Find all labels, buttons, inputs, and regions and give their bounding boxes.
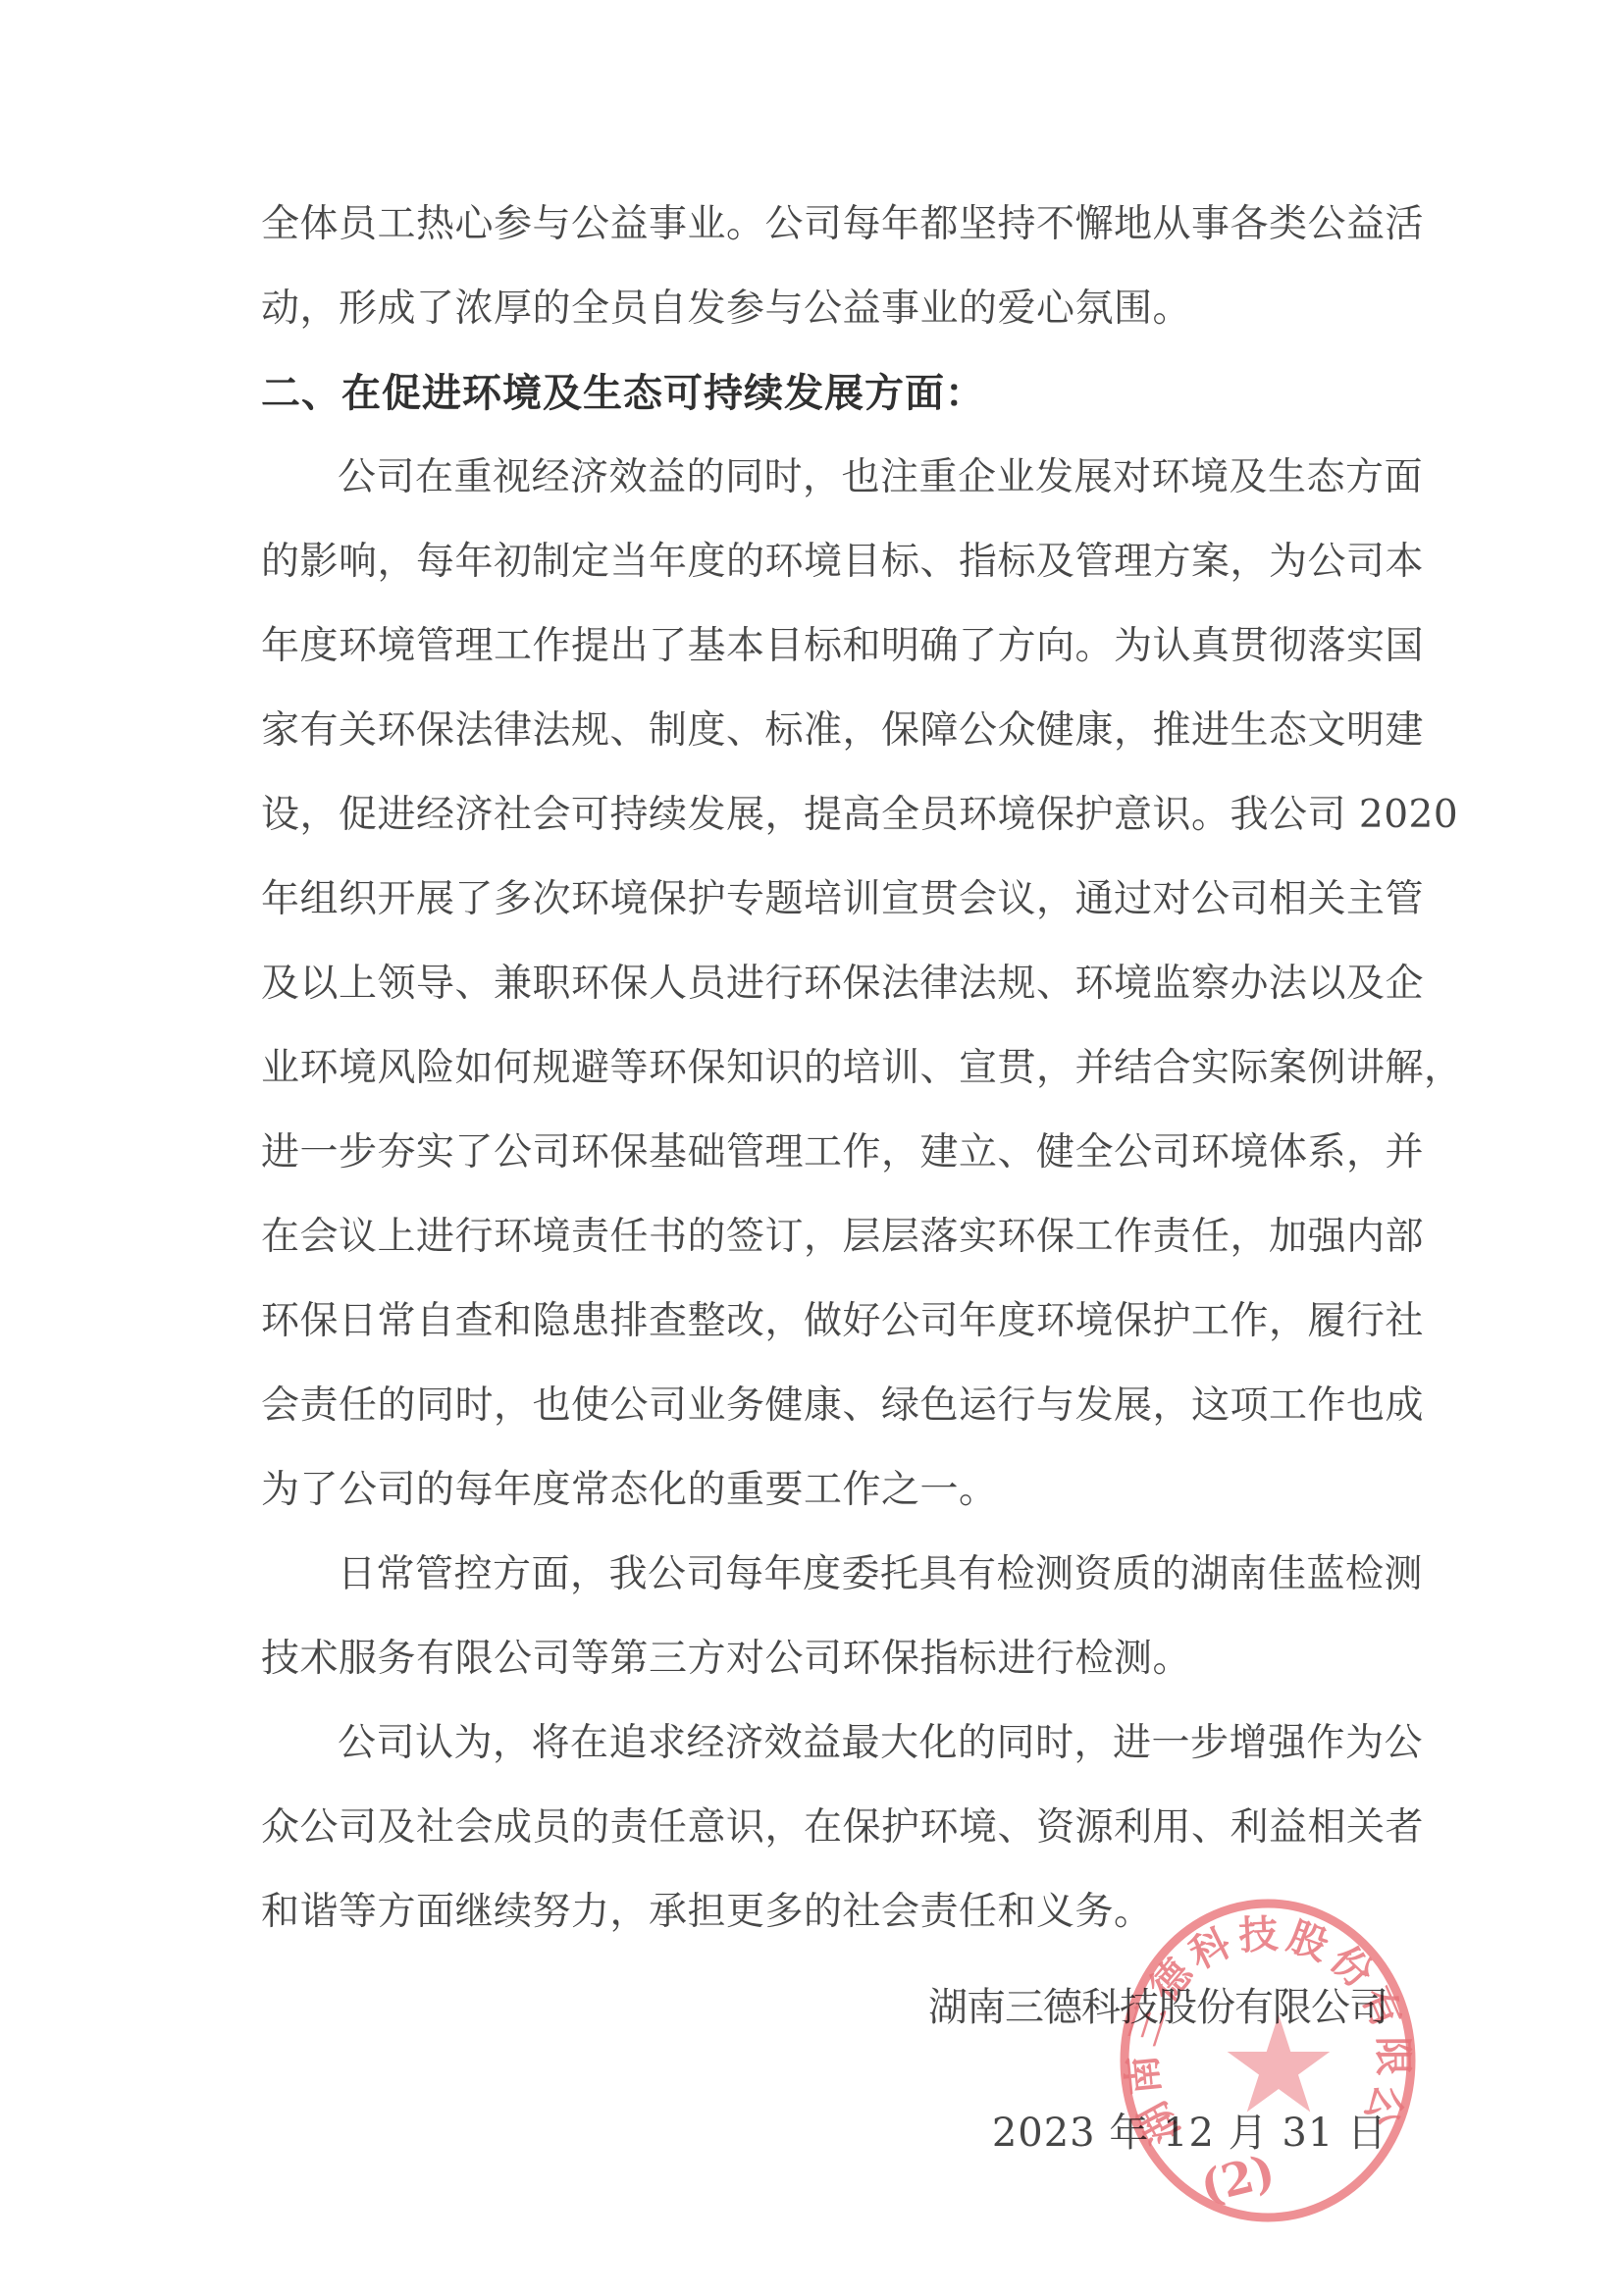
text-line: 家有关环保法律法规、制度、标准，保障公众健康，推进生态文明建: [261, 689, 1425, 773]
text-line: 动，形成了浓厚的全员自发参与公益事业的爱心氛围。: [261, 267, 1425, 351]
text-line: 年组织开展了多次环境保护专题培训宣贯会议，通过对公司相关主管: [261, 858, 1425, 942]
text-line: 公司认为，将在追求经济效益最大化的同时，进一步增强作为公: [261, 1701, 1425, 1786]
text-line: 在会议上进行环境责任书的签订，层层落实环保工作责任，加强内部: [261, 1195, 1425, 1279]
text-line: 为了公司的每年度常态化的重要工作之一。: [261, 1448, 1425, 1533]
text-line: 日常管控方面，我公司每年度委托具有检测资质的湖南佳蓝检测: [261, 1533, 1425, 1617]
document-body: 全体员工热心参与公益事业。公司每年都坚持不懈地从事各类公益活动，形成了浓厚的全员…: [261, 183, 1425, 1955]
text-line: 环保日常自查和隐患排查整改，做好公司年度环境保护工作，履行社: [261, 1279, 1425, 1364]
text-line: 公司在重视经济效益的同时，也注重企业发展对环境及生态方面: [261, 436, 1425, 520]
text-line: 进一步夯实了公司环保基础管理工作，建立、健全公司环境体系，并: [261, 1111, 1425, 1195]
text-line: 的影响，每年初制定当年度的环境目标、指标及管理方案，为公司本: [261, 520, 1425, 604]
signature-company: 湖南三德科技股份有限公司: [928, 1978, 1387, 2037]
text-line: 技术服务有限公司等第三方对公司环保指标进行检测。: [261, 1617, 1425, 1701]
text-line: 会责任的同时，也使公司业务健康、绿色运行与发展，这项工作也成: [261, 1364, 1425, 1448]
text-line: 众公司及社会成员的责任意识，在保护环境、资源利用、利益相关者: [261, 1786, 1425, 1870]
document-page: 全体员工热心参与公益事业。公司每年都坚持不懈地从事各类公益活动，形成了浓厚的全员…: [0, 0, 1623, 2296]
text-line: 业环境风险如何规避等环保知识的培训、宣贯，并结合实际案例讲解，: [261, 1026, 1425, 1111]
text-line: 全体员工热心参与公益事业。公司每年都坚持不懈地从事各类公益活: [261, 183, 1425, 267]
signature-date: 2023 年 12 月 31 日: [992, 2104, 1387, 2163]
text-line: 设，促进经济社会可持续发展，提高全员环境保护意识。我公司 2020: [261, 773, 1425, 858]
section-heading: 二、在促进环境及生态可持续发展方面：: [261, 351, 1425, 436]
text-line: 及以上领导、兼职环保人员进行环保法律法规、环境监察办法以及企: [261, 942, 1425, 1026]
text-line: 和谐等方面继续努力，承担更多的社会责任和义务。: [261, 1870, 1425, 1955]
text-line: 年度环境管理工作提出了基本目标和明确了方向。为认真贯彻落实国: [261, 604, 1425, 689]
